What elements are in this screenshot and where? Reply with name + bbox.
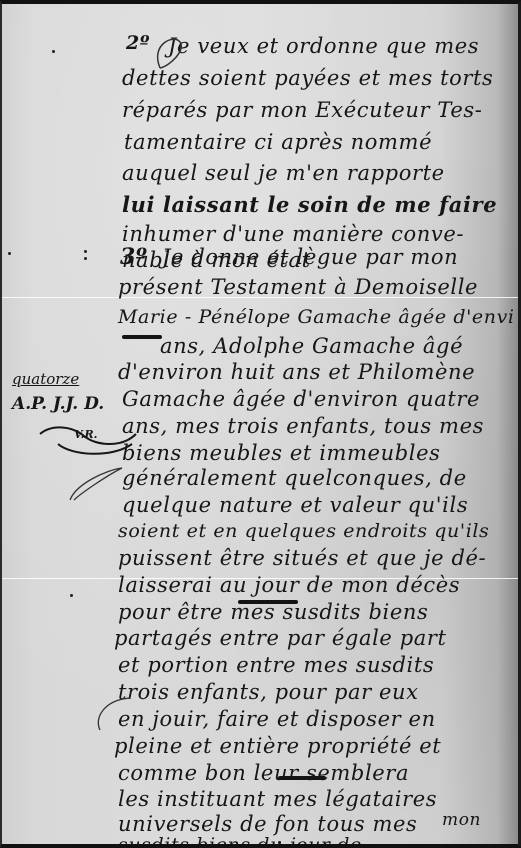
manuscript-line: ans, Adolphe Gamache âgé xyxy=(160,334,463,358)
manuscript-line: partagés entre par égale part xyxy=(114,626,447,650)
strike-through-mark xyxy=(122,335,162,339)
manuscript-line: mon xyxy=(442,810,481,830)
ink-speck xyxy=(84,250,87,253)
manuscript-line: auquel seul je m'en rapporte xyxy=(122,161,445,185)
pen-flourish-icon xyxy=(66,464,126,504)
margin-paraph: V.R. xyxy=(74,428,97,441)
manuscript-line: Gamache âgée d'environ quatre xyxy=(122,387,480,411)
manuscript-line: présent Testament à Demoiselle xyxy=(118,275,478,299)
ink-speck xyxy=(70,594,73,597)
paragraph-number: 3º xyxy=(120,244,148,270)
paragraph-number: 2º xyxy=(126,32,150,54)
manuscript-line: en jouir, faire et disposer en xyxy=(118,707,436,731)
manuscript-line: tamentaire ci après nommé xyxy=(124,130,432,154)
manuscript-line: comme bon leur semblera xyxy=(118,761,409,785)
manuscript-line: susdits biens du jour de xyxy=(118,834,362,848)
manuscript-line: inhumer d'une manière conve- xyxy=(122,222,464,246)
manuscript-line: quelque nature et valeur qu'ils xyxy=(122,493,468,517)
manuscript-line: Marie - Pénélope Gamache âgée d'envi xyxy=(118,306,515,328)
manuscript-line: et portion entre mes susdits xyxy=(118,653,434,677)
manuscript-page: 2º Je veux et ordonne que mes dettes soi… xyxy=(0,0,521,848)
manuscript-line: soient et en quelques endroits qu'ils xyxy=(118,520,489,542)
manuscript-line: lui laissant le soin de me faire xyxy=(122,192,497,217)
ink-speck xyxy=(84,257,87,260)
margin-word: quatorze xyxy=(12,370,79,388)
strike-through-mark xyxy=(278,776,326,780)
manuscript-line: les instituant mes légataires xyxy=(118,787,437,811)
manuscript-line: pleine et entière propriété et xyxy=(114,734,441,758)
manuscript-line: laisserai au jour de mon décès xyxy=(118,573,460,597)
manuscript-line: d'environ huit ans et Philomène xyxy=(118,360,475,384)
manuscript-line: réparés par mon Exécuteur Tes- xyxy=(122,98,482,122)
manuscript-line: Je veux et ordonne que mes xyxy=(168,34,479,58)
manuscript-line: Je donne et lègue par mon xyxy=(162,245,458,269)
manuscript-line: généralement quelconques, de xyxy=(122,466,467,490)
ink-speck xyxy=(52,50,55,53)
manuscript-line: dettes soient payées et mes torts xyxy=(122,66,493,90)
ink-speck xyxy=(8,252,11,255)
manuscript-line: trois enfants, pour par eux xyxy=(118,680,419,704)
manuscript-line: puissent être situés et que je dé- xyxy=(118,546,486,570)
margin-initials: A.P. J.J. D. xyxy=(12,394,104,414)
manuscript-line: ans, mes trois enfants, tous mes xyxy=(122,414,484,438)
manuscript-line: universels de fon tous mes xyxy=(118,812,417,836)
manuscript-line: biens meubles et immeubles xyxy=(122,441,440,465)
strike-through-mark xyxy=(238,600,298,604)
